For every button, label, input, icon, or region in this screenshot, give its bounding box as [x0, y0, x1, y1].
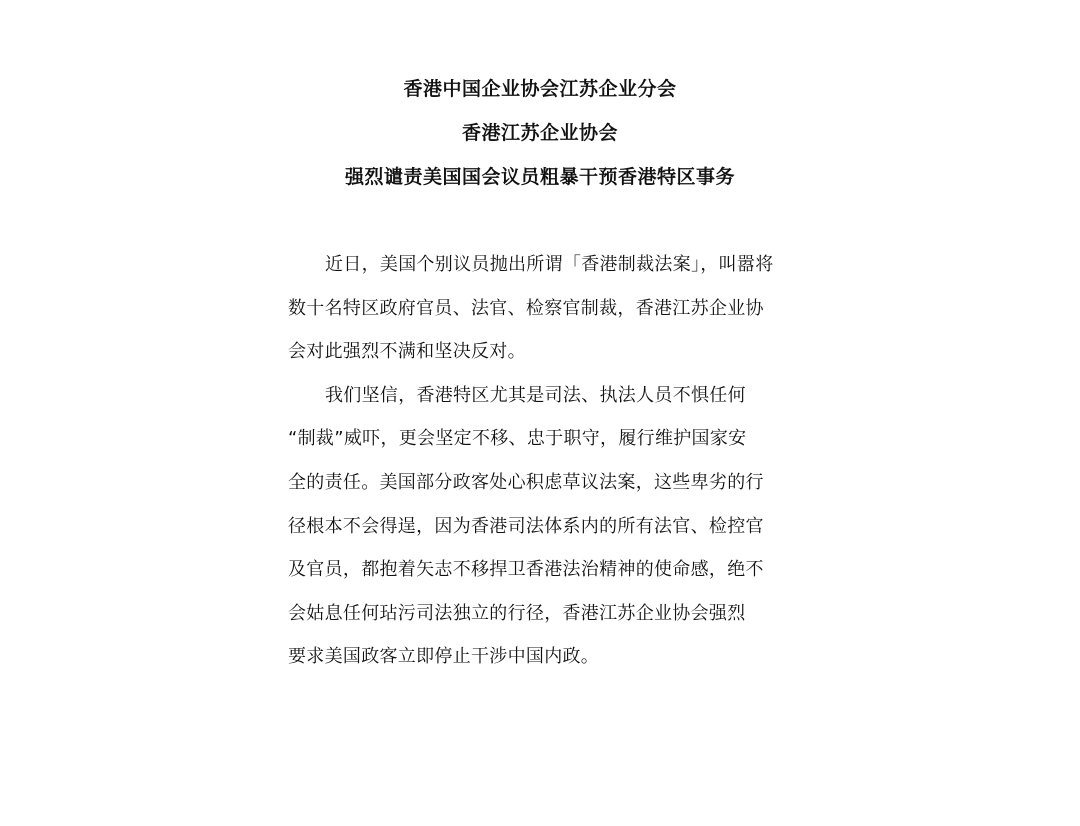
paragraph-line: 要求美国政客立即停止干涉中国内政。: [288, 640, 808, 684]
title-organization: 香港中国企业协会江苏企业分会: [0, 74, 1080, 118]
paragraph-line: 近日，美国个别议员抛出所谓「香港制裁法案」，叫嚣将: [288, 248, 808, 292]
paragraph-line: “制裁”威吓，更会坚定不移、忠于职守，履行维护国家安: [288, 422, 808, 466]
paragraph-line: 数十名特区政府官员、法官、检察官制裁，香港江苏企业协: [288, 292, 808, 336]
paragraph-line: 及官员，都抱着矢志不移捍卫香港法治精神的使命感，绝不: [288, 553, 808, 597]
statement-titles: 香港中国企业协会江苏企业分会 香港江苏企业协会 强烈谴责美国国会议员粗暴干预香港…: [0, 74, 1080, 206]
paragraph-line: 会对此强烈不满和坚决反对。: [288, 335, 808, 379]
paragraph-1: 近日，美国个别议员抛出所谓「香港制裁法案」，叫嚣将 数十名特区政府官员、法官、检…: [288, 248, 808, 379]
paragraph-2: 我们坚信，香港特区尤其是司法、执法人员不惧任何 “制裁”威吓，更会坚定不移、忠于…: [288, 379, 808, 684]
paragraph-line: 我们坚信，香港特区尤其是司法、执法人员不惧任何: [288, 379, 808, 423]
statement-body: 近日，美国个别议员抛出所谓「香港制裁法案」，叫嚣将 数十名特区政府官员、法官、检…: [288, 248, 808, 684]
paragraph-line: 会姑息任何玷污司法独立的行径，香港江苏企业协会强烈: [288, 597, 808, 641]
title-association: 香港江苏企业协会: [0, 118, 1080, 162]
paragraph-line: 全的责任。美国部分政客处心积虑草议法案，这些卑劣的行: [288, 466, 808, 510]
title-headline: 强烈谴责美国国会议员粗暴干预香港特区事务: [0, 162, 1080, 206]
paragraph-line: 径根本不会得逞，因为香港司法体系内的所有法官、检控官: [288, 510, 808, 554]
